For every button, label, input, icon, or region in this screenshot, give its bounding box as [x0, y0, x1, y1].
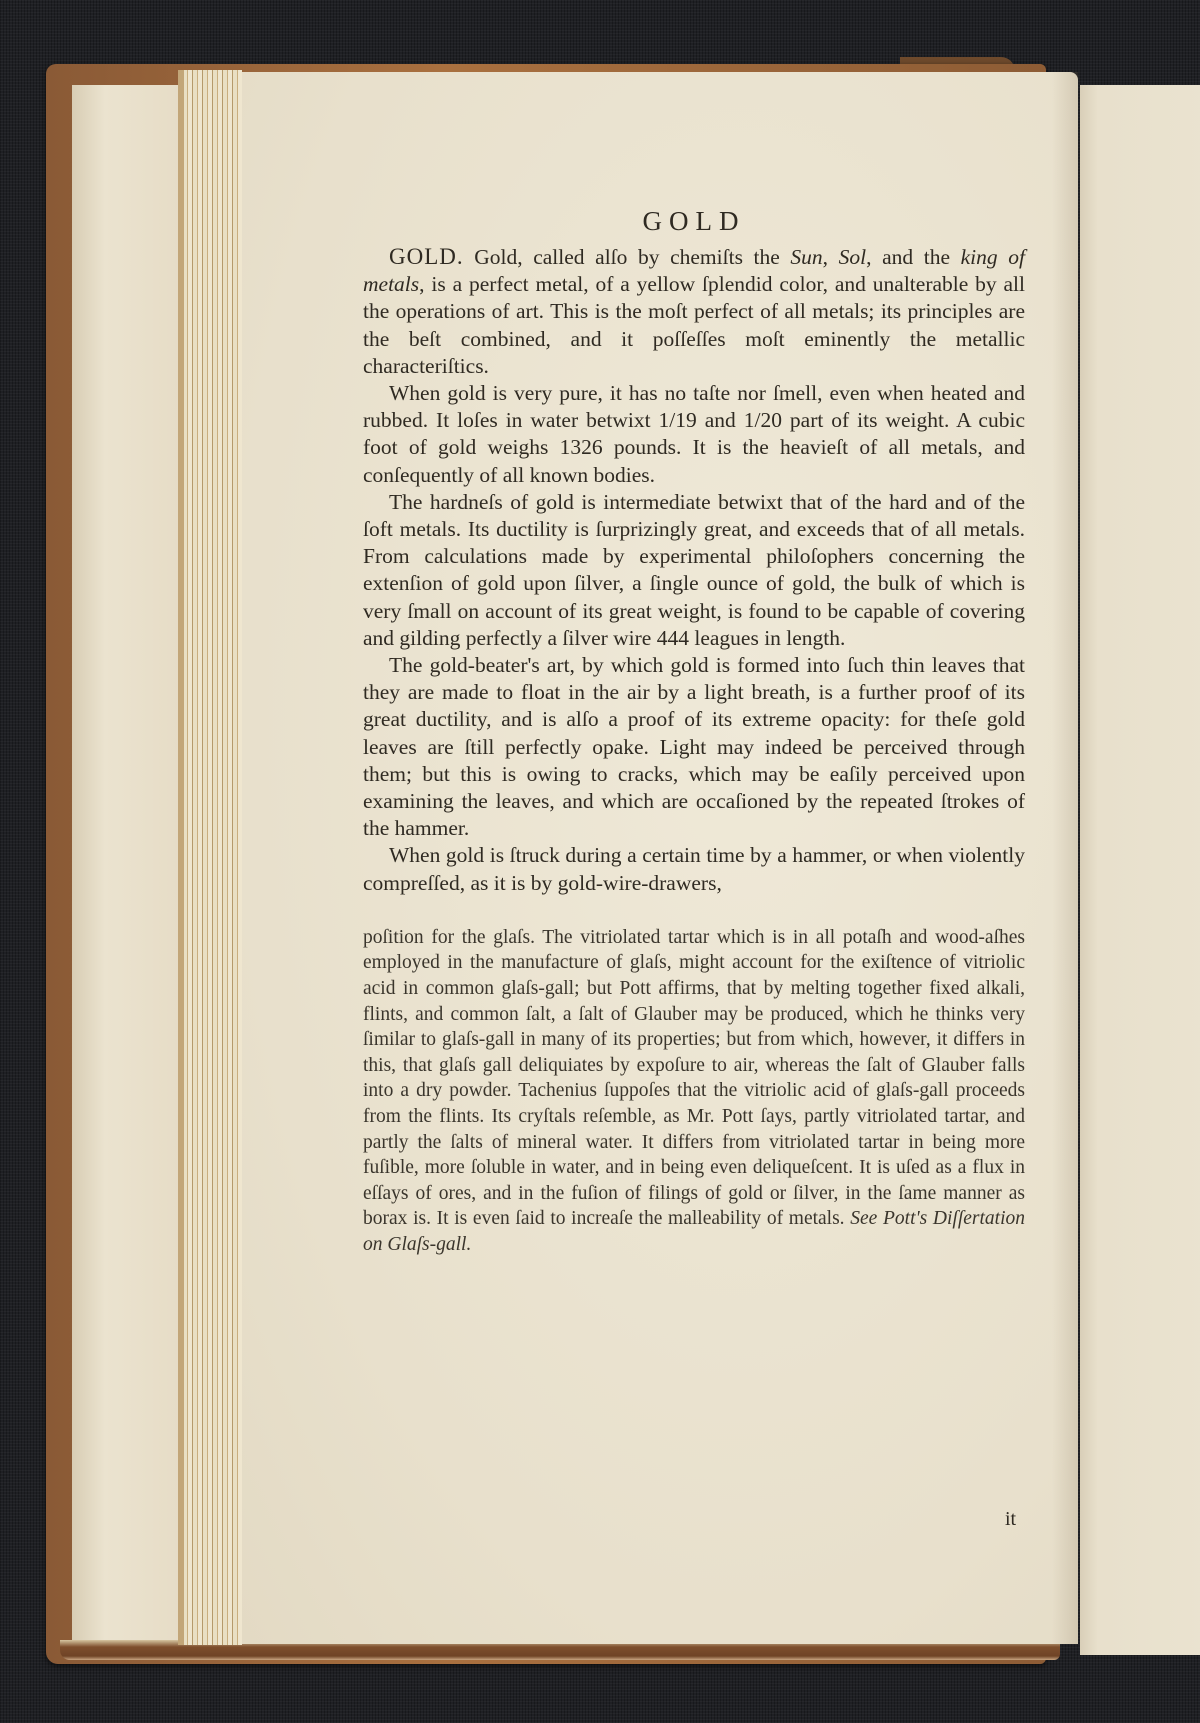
text-column: GOLD GOLD. Gold, called alſo by chemiſts…	[363, 206, 1025, 1258]
paragraph-2: When gold is very pure, it has no taſte …	[363, 380, 1025, 489]
catchword: it	[1005, 1508, 1016, 1531]
italic-term: Sun	[790, 245, 822, 269]
running-head: GOLD	[363, 206, 1025, 237]
continuation-text: poſition for the glaſs. The vitriolated …	[363, 927, 1025, 1230]
gutter-page-edges	[178, 70, 242, 1645]
paragraph-5-text: When gold is ſtruck during a certain tim…	[363, 843, 1025, 894]
paragraph-3: The hardneſs of gold is intermediate bet…	[363, 489, 1025, 652]
facing-page: itthhaDſtatharofwartrobofolithſovhlgccſr…	[1080, 85, 1200, 1655]
pasted-slip-divider	[363, 897, 1025, 925]
paragraph-4: The gold-beater's art, by which gold is …	[363, 652, 1025, 842]
italic-term: Sol	[839, 245, 866, 269]
paragraph-1: GOLD. Gold, called alſo by chemiſts the …	[363, 243, 1025, 380]
paragraph-2-text: When gold is very pure, it has no taſte …	[363, 381, 1025, 487]
continuation-paragraph: poſition for the glaſs. The vitriolated …	[363, 925, 1025, 1258]
entry-headword: GOLD.	[389, 244, 464, 269]
paragraph-3-text: The hardneſs of gold is intermediate bet…	[363, 490, 1025, 650]
endpaper	[72, 85, 182, 1645]
paragraph-5: When gold is ſtruck during a certain tim…	[363, 842, 1025, 896]
paragraph-4-text: The gold-beater's art, by which gold is …	[363, 653, 1025, 840]
